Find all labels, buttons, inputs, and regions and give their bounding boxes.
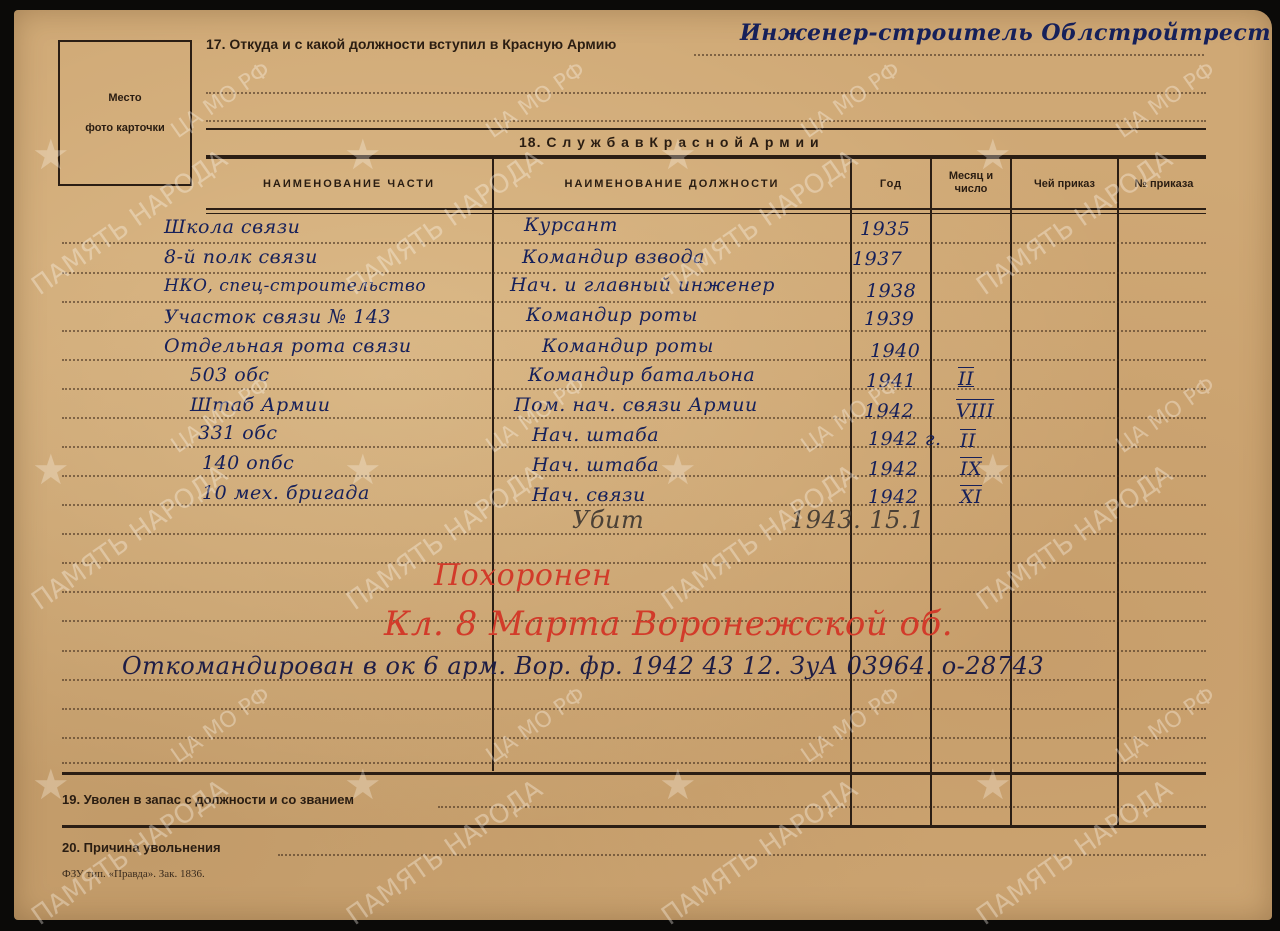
field19-label: 19. Уволен в запас с должности и со зван… <box>62 792 354 807</box>
watermark-archive: ЦА МО РФ <box>168 684 275 768</box>
killed-date: 1943. 15.1 <box>790 506 925 534</box>
personnel-record-card: Место фото карточки 17. Откуда и с какой… <box>14 10 1272 920</box>
watermark-project: ПАМЯТЬ НАРОДА <box>657 776 861 930</box>
row-unit: 8-й полк связи <box>164 246 318 268</box>
watermark-project: ПАМЯТЬ НАРОДА <box>342 776 546 930</box>
row-unit: 331 обс <box>198 422 277 444</box>
col-header-year: Год <box>852 178 930 190</box>
row-month: XI <box>960 486 982 508</box>
row-position: Командир роты <box>542 335 714 357</box>
photo-label-line1: Место <box>60 92 190 104</box>
row-year: 1942 <box>864 400 914 422</box>
printer-imprint: ФЗУ тип. «Правда». Зак. 1836. <box>62 868 205 880</box>
row-position: Командир батальона <box>528 364 755 386</box>
watermark-archive: ЦА МО РФ <box>798 59 905 143</box>
watermark-archive: ЦА МО РФ <box>1113 684 1220 768</box>
row-unit: 140 опбс <box>202 452 294 474</box>
field17-label: 17. Откуда и с какой должности вступил в… <box>206 36 616 52</box>
row-position: Нач. связи <box>532 484 646 506</box>
row-unit: Отдельная рота связи <box>164 335 412 357</box>
photo-label-line2: фото карточки <box>60 122 190 134</box>
col-header-month-day: Месяц и число <box>932 170 1010 196</box>
col-header-position: НАИМЕНОВАНИЕ ДОЛЖНОСТИ <box>494 178 850 190</box>
row-year: 1935 <box>860 218 910 240</box>
row-year: 1940 <box>870 340 920 362</box>
row-position: Нач. штаба <box>532 424 659 446</box>
row-year: 1942 <box>868 486 918 508</box>
row-unit: Школа связи <box>164 216 300 238</box>
col-header-order-no: № приказа <box>1119 178 1209 190</box>
row-year: 1941 <box>866 370 916 392</box>
row-position: Нач. и главный инженер <box>510 274 775 296</box>
burial-note-line2: Кл. 8 Марта Воронежской об. <box>384 604 953 644</box>
row-unit: 503 обс <box>190 364 269 386</box>
col-header-order-by: Чей приказ <box>1012 178 1117 190</box>
star-icon: ★ <box>32 445 70 494</box>
watermark-archive: ЦА МО РФ <box>483 59 590 143</box>
burial-note-line1: Похоронен <box>434 558 612 593</box>
field17-value: Инженер-строитель Облстройтрест <box>740 20 1271 46</box>
watermark-project: ПАМЯТЬ НАРОДА <box>972 776 1176 930</box>
row-month: II <box>960 430 976 452</box>
star-icon: ★ <box>659 445 697 494</box>
star-icon: ★ <box>974 760 1012 809</box>
row-position: Командир роты <box>526 304 698 326</box>
row-position: Командир взвода <box>522 246 705 268</box>
row-position: Пом. нач. связи Армии <box>514 394 758 416</box>
row-unit: НКО, спец-строительство <box>164 276 426 296</box>
col-header-unit: НАИМЕНОВАНИЕ ЧАСТИ <box>206 178 492 190</box>
row-unit: 10 мех. бригада <box>202 482 370 504</box>
row-unit: Участок связи № 143 <box>164 306 391 328</box>
row-month: IX <box>960 458 982 480</box>
row-month: VIII <box>956 400 994 422</box>
row-year: 1937 <box>852 248 902 270</box>
section18-title: 18. С л у ж б а в К р а с н о й А р м и … <box>519 134 820 150</box>
transfer-note: Откомандирован в ок 6 арм. Вор. фр. 1942… <box>122 652 1044 680</box>
field20-label: 20. Причина увольнения <box>62 840 221 855</box>
row-year: 1939 <box>864 308 914 330</box>
row-year: 1938 <box>866 280 916 302</box>
row-position: Нач. штаба <box>532 454 659 476</box>
row-position: Курсант <box>524 214 618 236</box>
watermark-archive: ЦА МО РФ <box>1113 59 1220 143</box>
star-icon: ★ <box>659 760 697 809</box>
row-unit: Штаб Армии <box>190 394 330 416</box>
killed-note: Убит <box>572 506 644 534</box>
row-month: II <box>958 368 974 390</box>
photo-placeholder-box: Место фото карточки <box>58 40 192 186</box>
row-year: 1942 <box>868 458 918 480</box>
row-year: 1942 г. <box>868 428 942 450</box>
watermark-archive: ЦА МО РФ <box>483 684 590 768</box>
